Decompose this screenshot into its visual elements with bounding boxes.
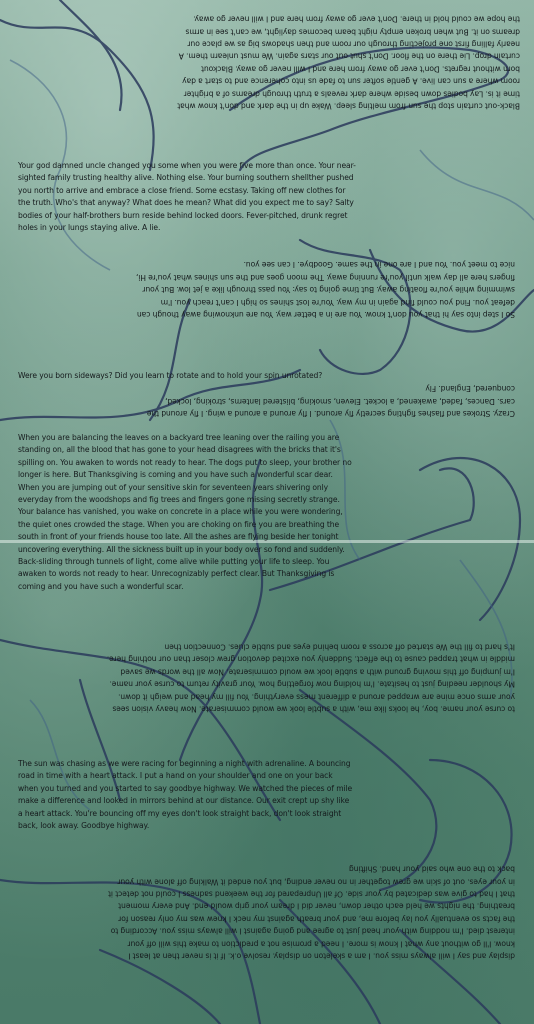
lyrics-block-balancing: When you are balancing the leaves on a b… — [18, 432, 353, 593]
lyrics-block-sideways: Were you born sideways? Did you learn to… — [18, 370, 358, 382]
lyrics-text: Your god damned uncle changed you some w… — [18, 160, 358, 234]
lyrics-text: So I step into say hi that you don't kno… — [135, 258, 515, 320]
lyrics-text: Crazy. Strokes and flashes fighting secr… — [140, 382, 515, 419]
lyrics-text: to curse your name. boy, he looks like m… — [105, 640, 515, 714]
lyrics-block-step-into: So I step into say hi that you don't kno… — [135, 258, 515, 320]
lyrics-block-blackout: Black-out curtain stop the sun from melt… — [175, 12, 520, 111]
lyrics-block-walking-off: display and say I will always miss you. … — [105, 862, 515, 961]
lyrics-text: display and say I will always miss you. … — [105, 862, 515, 961]
lyrics-text: Were you born sideways? Did you learn to… — [18, 370, 358, 382]
lyrics-text: The sun was chasing as we were racing fo… — [18, 758, 353, 832]
lyrics-block-eleven: Crazy. Strokes and flashes fighting secr… — [140, 382, 515, 419]
lyrics-text: Black-out curtain stop the sun from melt… — [175, 12, 520, 111]
lyrics-block-uncle: Your god damned uncle changed you some w… — [18, 160, 358, 234]
lyrics-block-sun-chasing: The sun was chasing as we were racing fo… — [18, 758, 353, 832]
lyrics-block-curse: to curse your name. boy, he looks like m… — [105, 640, 515, 714]
lyrics-text: When you are balancing the leaves on a b… — [18, 432, 353, 593]
